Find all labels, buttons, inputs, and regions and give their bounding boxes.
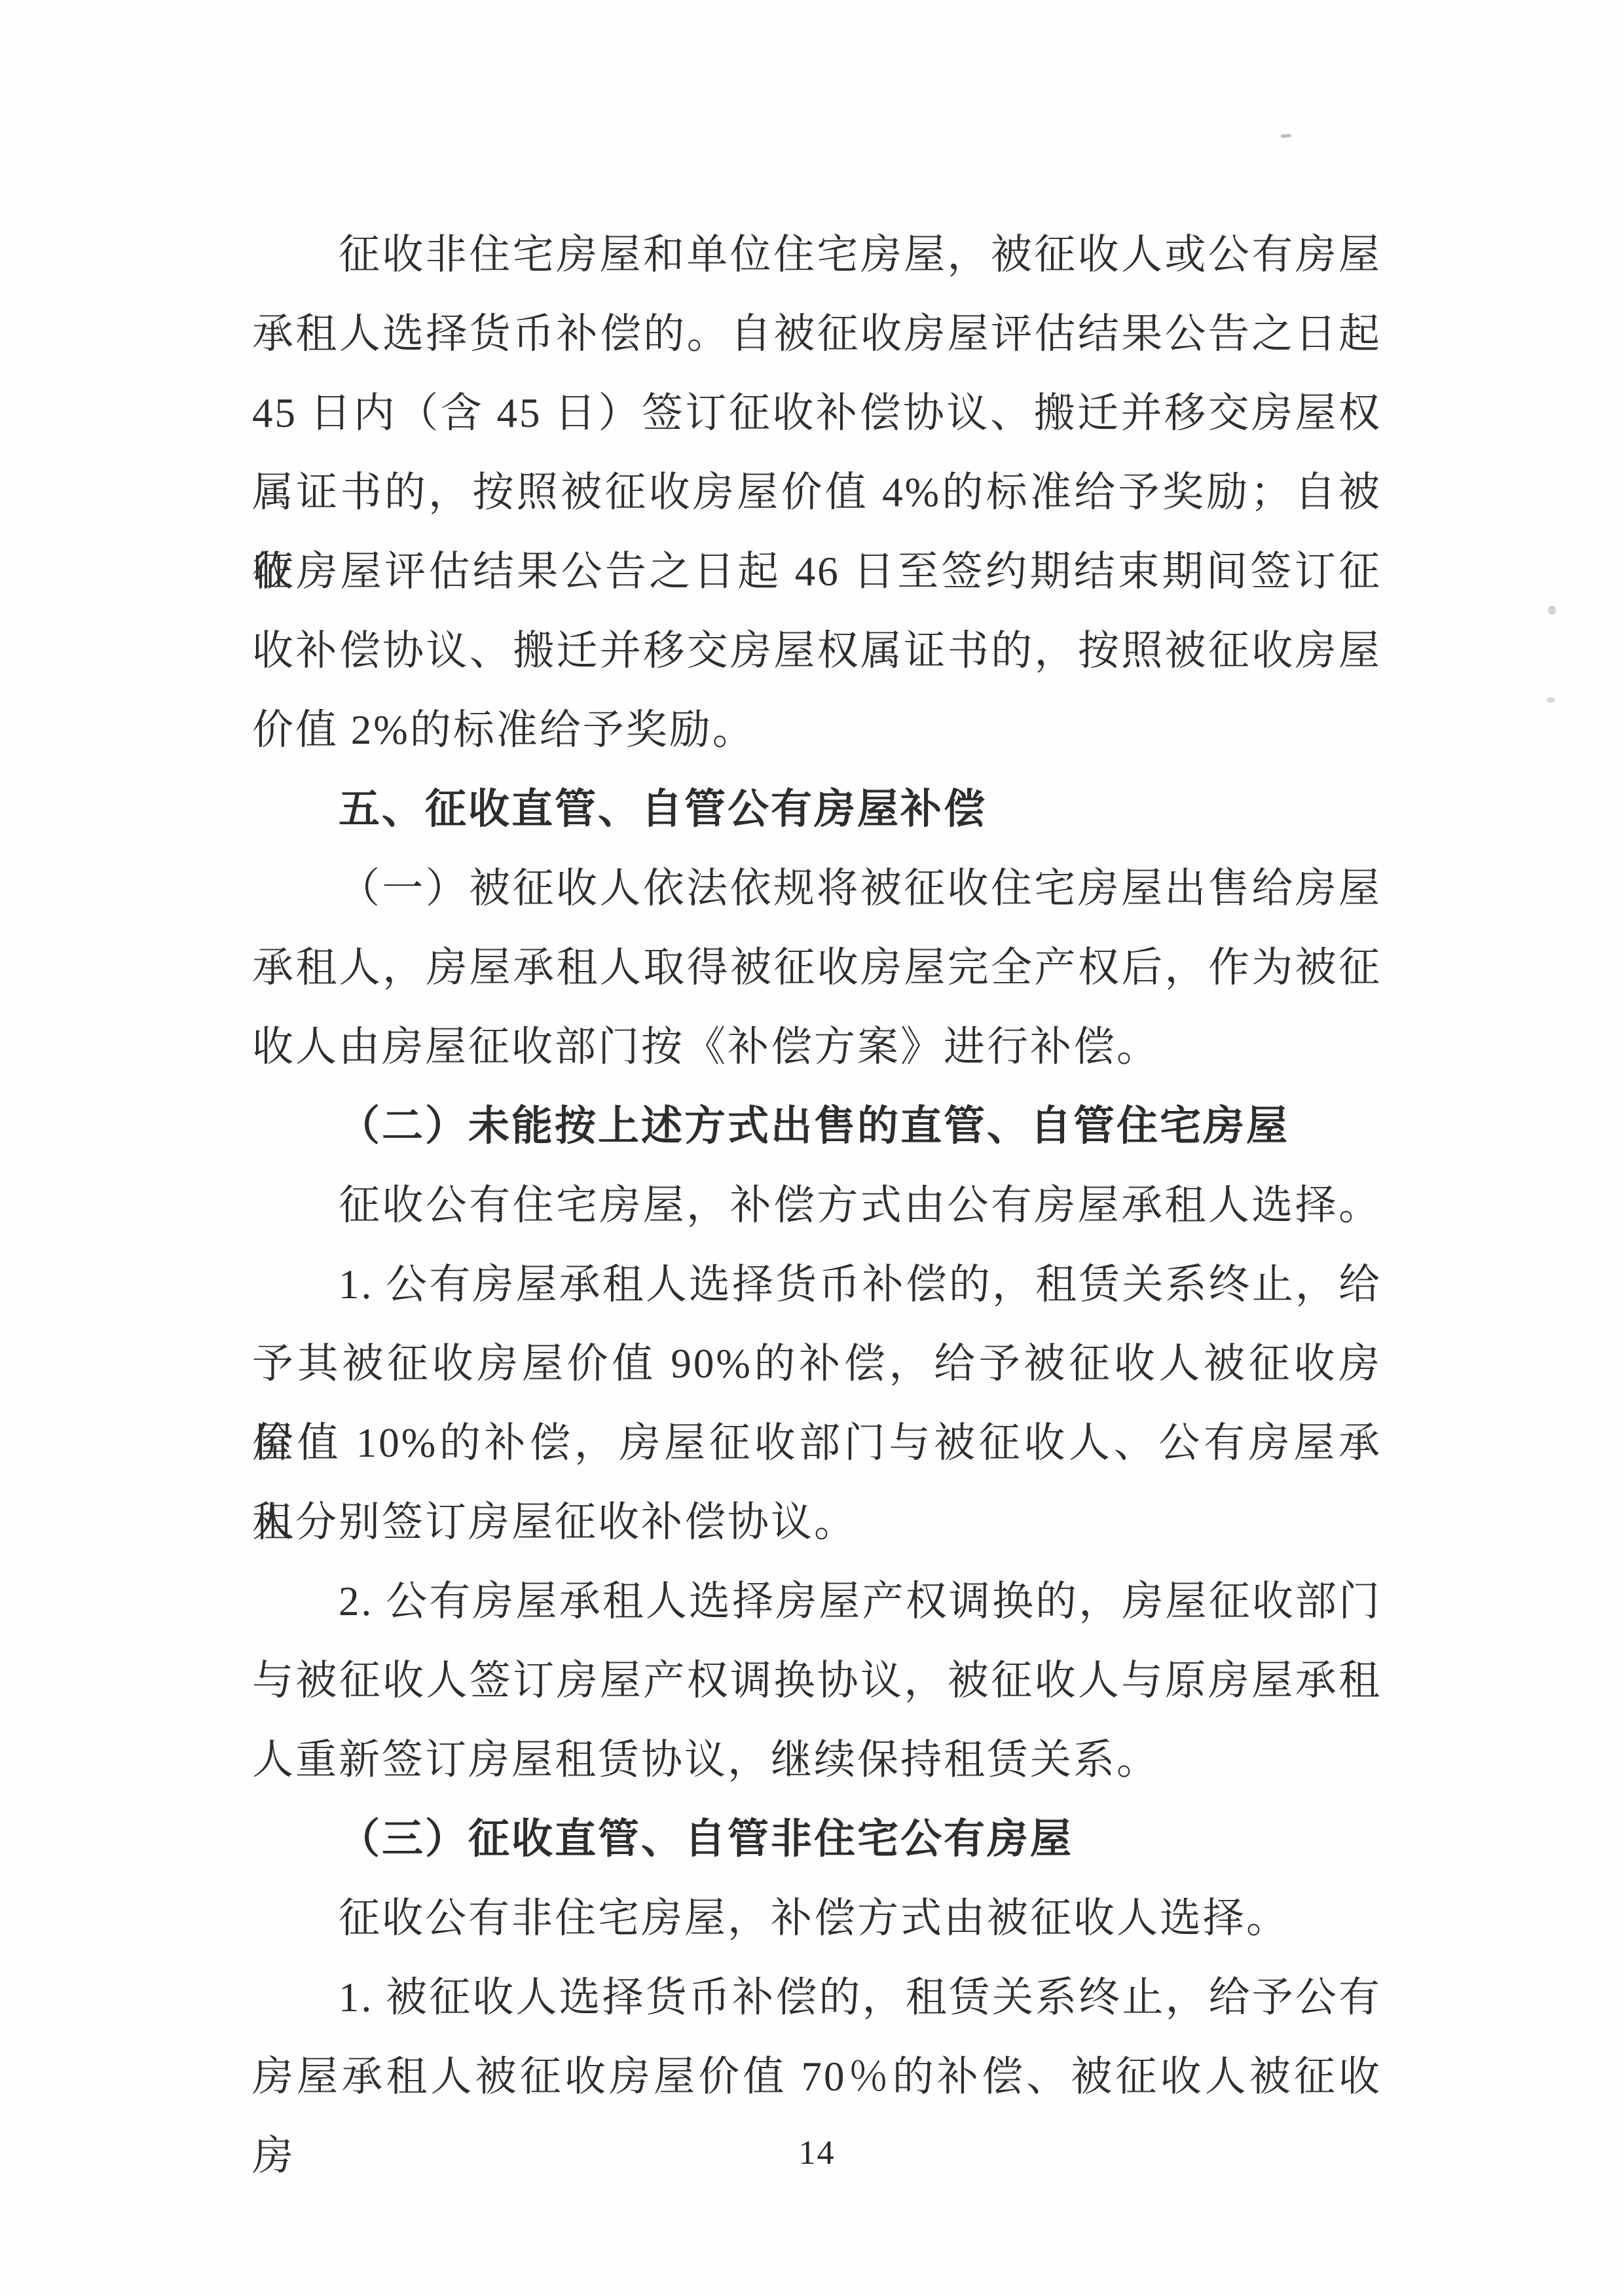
body-line: 人重新签订房屋租赁协议，继续保持租赁关系。: [252, 1721, 1382, 1800]
section-heading: （三）征收直管、自管非住宅公有房屋: [252, 1800, 1382, 1879]
body-line: 价值 2%的标准给予奖励。: [252, 691, 1382, 770]
body-line: 收补偿协议、搬迁并移交房屋权属证书的，按照被征收房屋: [252, 611, 1382, 691]
body-line: 予其被征收房屋价值 90%的补偿，给予被征收人被征收房屋: [252, 1324, 1382, 1404]
body-line: （一）被征收人依法依规将被征收住宅房屋出售给房屋: [252, 849, 1382, 928]
body-line: 收房屋评估结果公告之日起 46 日至签约期结束期间签订征: [252, 532, 1382, 611]
body-line: 征收非住宅房屋和单位住宅房屋，被征收人或公有房屋: [252, 215, 1382, 295]
body-line: 1. 公有房屋承租人选择货币补偿的，租赁关系终止，给: [252, 1245, 1382, 1324]
section-heading: 五、征收直管、自管公有房屋补偿: [252, 770, 1382, 849]
body-line: 45 日内（含 45 日）签订征收补偿协议、搬迁并移交房屋权: [252, 374, 1382, 453]
body-line: 征收公有住宅房屋，补偿方式由公有房屋承租人选择。: [252, 1166, 1382, 1245]
body-line: 属证书的，按照被征收房屋价值 4%的标准给予奖励；自被征: [252, 453, 1382, 532]
body-line: 2. 公有房屋承租人选择房屋产权调换的，房屋征收部门: [252, 1562, 1382, 1641]
body-line: 1. 被征收人选择货币补偿的，租赁关系终止，给予公有: [252, 1958, 1382, 2037]
body-line: 与被征收人签订房屋产权调换协议，被征收人与原房屋承租: [252, 1641, 1382, 1721]
scan-speck: [1281, 134, 1291, 137]
document-page: 征收非住宅房屋和单位住宅房屋，被征收人或公有房屋 承租人选择货币补偿的。自被征收…: [0, 0, 1624, 2296]
body-line: 价值 10%的补偿，房屋征收部门与被征收人、公有房屋承租: [252, 1404, 1382, 1483]
body-line: 征收公有非住宅房屋，补偿方式由被征收人选择。: [252, 1879, 1382, 1958]
body-line: 承租人选择货币补偿的。自被征收房屋评估结果公告之日起: [252, 295, 1382, 374]
body-line: 收人由房屋征收部门按《补偿方案》进行补偿。: [252, 1008, 1382, 1087]
body-line: 人分别签订房屋征收补偿协议。: [252, 1483, 1382, 1562]
page-number: 14: [252, 2130, 1382, 2177]
scan-speck: [1547, 697, 1555, 702]
section-heading: （二）未能按上述方式出售的直管、自管住宅房屋: [252, 1087, 1382, 1166]
body-text: 征收非住宅房屋和单位住宅房屋，被征收人或公有房屋 承租人选择货币补偿的。自被征收…: [252, 215, 1382, 2117]
body-line: 房屋承租人被征收房屋价值 70％的补偿、被征收人被征收房: [252, 2037, 1382, 2117]
body-line: 承租人，房屋承租人取得被征收房屋完全产权后，作为被征: [252, 928, 1382, 1008]
scan-speck: [1548, 606, 1556, 615]
